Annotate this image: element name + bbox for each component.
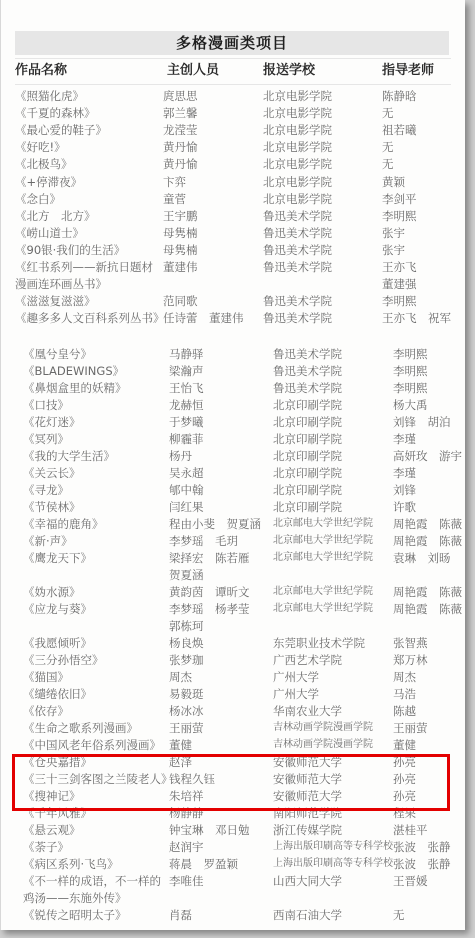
school: 北京邮电大学世纪学院 [273, 601, 373, 617]
table-row: 《鼻烟盒里的妖精》王怡飞鲁迅美术学院李明熙 [1, 380, 465, 396]
advisor: 李明熙 [393, 346, 428, 362]
advisor: 王亦飞 [382, 259, 417, 275]
school: 西南石油大学 [273, 907, 342, 923]
work-title-continued: 漫画连环画丛书》 [15, 276, 107, 292]
school: 北京电影学院 [263, 88, 332, 104]
school: 北京电影学院 [263, 174, 332, 190]
work-title: 《新·声》 [23, 533, 73, 549]
table-row: 《新·声》李梦瑶 毛玥北京邮电大学世纪学院周艳霞 陈薇 [1, 533, 465, 549]
creators: 柳霾菲 [169, 431, 204, 447]
creators: 黄韵茵 谭昕文 [169, 584, 250, 600]
document-page: 多格漫画类项目 作品名称 主创人员 报送学校 指导老师 《照猫化虎》庹思思北京电… [0, 0, 465, 930]
school: 广州大学 [273, 686, 319, 702]
work-title: 《+停滞夜》 [15, 174, 82, 190]
creators: 易毅珽 [169, 686, 204, 702]
work-title: 《缱绻依旧》 [23, 686, 92, 702]
table-row: 《北极鸟》黄丹愉北京电影学院无 [1, 156, 465, 172]
school: 北京电影学院 [263, 191, 332, 207]
school: 山西大同大学 [273, 873, 342, 889]
advisor: 张智燕 [393, 635, 428, 651]
creators: 董建伟 [163, 259, 198, 275]
school: 东莞职业技术学院 [273, 635, 365, 651]
advisor: 王丽萤 [393, 720, 428, 736]
school: 上海出版印刷高等专科学校 [273, 839, 393, 855]
school: 北京邮电大学世纪学院 [273, 584, 373, 600]
creators: 吴永超 [169, 465, 204, 481]
work-title: 《最心爱的鞋子》 [15, 122, 107, 138]
table-row: 《好吃!》黄丹愉北京电影学院无 [1, 139, 465, 155]
creators: 于梦曦 [169, 414, 204, 430]
school: 鲁迅美术学院 [273, 346, 342, 362]
table-row: 《滋滋复滋滋》范同歌鲁迅美术学院李明熙 [1, 293, 465, 309]
advisor: 郑万林 [393, 652, 428, 668]
advisor: 无 [382, 105, 394, 121]
creators: 李梦瑶 毛玥 [169, 533, 238, 549]
school: 南阳师范学院 [273, 805, 342, 821]
creators: 杨良焕 [169, 635, 204, 651]
creators: 王怡飞 [169, 380, 204, 396]
advisor: 李明熙 [382, 293, 417, 309]
advisor: 孙亮 [393, 771, 416, 787]
creators: 程由小斐 贺夏涵 [169, 516, 261, 532]
creators: 黄丹愉 [163, 156, 198, 172]
table-row: 《趣多多人文百科系列丛书》任诗蕾 董建伟鲁迅美术学院王亦飞 祝军 [1, 310, 465, 326]
advisor: 李瑾 [393, 465, 416, 481]
table-row: 《寻龙》郇中翰北京印刷学院刘锋 [1, 482, 465, 498]
table-row-continued: 郭栋珂 [1, 618, 465, 634]
advisor: 刘锋 胡泊 [393, 414, 451, 430]
table-row-continued: 鸡汤——东施外传》 [1, 890, 465, 906]
school: 北京印刷学院 [273, 414, 342, 430]
work-title: 《依存》 [23, 703, 69, 719]
creators: 赵润宇 [169, 839, 204, 855]
work-title: 《中国风老年俗系列漫画》 [23, 737, 161, 753]
creators: 闫红果 [169, 499, 204, 515]
school: 鲁迅美术学院 [263, 225, 332, 241]
table-header: 作品名称 主创人员 报送学校 指导老师 [15, 58, 451, 85]
school: 鲁迅美术学院 [273, 380, 342, 396]
creators: 杨冰冰 [169, 703, 204, 719]
school: 北京邮电大学世纪学院 [273, 550, 373, 566]
work-title: 《不一样的成语，不一样的 [23, 873, 161, 889]
table-row: 《病区系列·飞鸟》蒋晨 罗盈颖上海出版印刷高等专科学校张波 张静 [1, 856, 465, 872]
creators: 赵泽 [169, 754, 192, 770]
creators: 龙滢莹 [163, 122, 198, 138]
table-row: 《猫国》周杰广州大学周杰 [1, 669, 465, 685]
advisor: 刘锋 [393, 482, 416, 498]
advisor: 祖若曦 [382, 122, 417, 138]
creators: 马静驿 [169, 346, 204, 362]
table-row: 《搜神记》朱培祥安徽师范大学孙亮 [1, 788, 465, 804]
table-row: 《应龙与葵》李梦瑶 杨孝莹北京邮电大学世纪学院周艳霞 陈薇 [1, 601, 465, 617]
table-row: 《鹰龙天下》梁择宏 陈若雁北京邮电大学世纪学院袁琳 刘旸 [1, 550, 465, 566]
creators: 董健 [169, 737, 192, 753]
school: 北京印刷学院 [273, 448, 342, 464]
school: 北京电影学院 [263, 105, 332, 121]
work-title: 《冥列》 [23, 431, 69, 447]
table-row: 《幸福的鹿角》程由小斐 贺夏涵北京邮电大学世纪学院周艳霞 陈薇 [1, 516, 465, 532]
table-row: 《生命之歌系列漫画》王丽萤吉林动画学院漫画学院王丽萤 [1, 720, 465, 736]
work-title: 《关云长》 [23, 465, 81, 481]
school: 北京印刷学院 [273, 397, 342, 413]
table-row: 《口技》龙赫恒北京印刷学院杨大禹 [1, 397, 465, 413]
creators: 郇中翰 [169, 482, 204, 498]
advisor: 陈越 [393, 703, 416, 719]
creators: 庹思思 [163, 88, 198, 104]
creators: 童菅 [163, 191, 186, 207]
work-title: 《鹰龙天下》 [23, 550, 92, 566]
creators-continued: 郭栋珂 [169, 618, 204, 634]
table-row: 《依存》杨冰冰华南农业大学陈越 [1, 703, 465, 719]
creators: 周杰 [169, 669, 192, 685]
school: 华南农业大学 [273, 703, 342, 719]
creators: 母隽楠 [163, 242, 198, 258]
advisor: 孙亮 [393, 754, 416, 770]
table-row: 《最心爱的鞋子》龙滢莹北京电影学院祖若曦 [1, 122, 465, 138]
advisor: 杨大禹 [393, 397, 428, 413]
creators: 卞弈 [163, 174, 186, 190]
advisor: 张宇 [382, 242, 405, 258]
advisor: 周艳霞 陈薇 [393, 516, 462, 532]
creators: 郭兰馨 [163, 105, 198, 121]
advisor: 张波 张静 [393, 839, 451, 855]
advisor: 李明熙 [393, 380, 428, 396]
work-title: 《趣多多人文百科系列丛书》 [15, 310, 165, 326]
work-title: 《生命之歌系列漫画》 [23, 720, 138, 736]
table-row: 《花灯迷》于梦曦北京印刷学院刘锋 胡泊 [1, 414, 465, 430]
work-title: 《我的大学生活》 [23, 448, 115, 464]
work-title: 《悬云观》 [23, 822, 81, 838]
advisor: 周杰 [393, 669, 416, 685]
advisor: 马浩 [393, 686, 416, 702]
creators: 范同歌 [163, 293, 198, 309]
work-title: 《BLADEWINGS》 [23, 363, 124, 379]
page-title: 多格漫画类项目 [15, 31, 449, 55]
school: 浙江传媒学院 [273, 822, 342, 838]
work-title: 《花灯迷》 [23, 414, 81, 430]
work-title: 《照猫化虎》 [15, 88, 84, 104]
work-title: 《荼子》 [23, 839, 69, 855]
creators: 蒋晨 罗盈颖 [169, 856, 238, 872]
work-title: 《北方 北方》 [15, 208, 96, 224]
column-header-work: 作品名称 [15, 59, 67, 83]
work-title: 《红书系列——新抗日题材 [15, 259, 153, 275]
creators: 王丽萤 [169, 720, 204, 736]
advisor: 无 [382, 139, 394, 155]
advisor: 张波 张静 [393, 856, 451, 872]
advisor: 周艳霞 陈薇 [393, 584, 462, 600]
school: 安徽师范大学 [273, 771, 342, 787]
table-row: 《缱绻依旧》易毅珽广州大学马浩 [1, 686, 465, 702]
school: 北京邮电大学世纪学院 [273, 533, 373, 549]
advisor: 王晋媛 [393, 873, 428, 889]
advisor: 李瑾 [393, 431, 416, 447]
table-row: 《锐传之昭明太子》肖磊西南石油大学无 [1, 907, 465, 923]
advisor: 程果 [393, 805, 416, 821]
work-title: 《口技》 [23, 397, 69, 413]
advisor-continued: 董建强 [382, 276, 417, 292]
school: 北京印刷学院 [273, 431, 342, 447]
work-title: 《千年风雅》 [23, 805, 92, 821]
table-row: 《关云长》吴永超北京印刷学院李瑾 [1, 465, 465, 481]
creators: 钟宝琳 邓日勉 [169, 822, 250, 838]
advisor: 周艳霞 陈薇 [393, 601, 462, 617]
school: 北京电影学院 [263, 156, 332, 172]
column-header-school: 报送学校 [263, 59, 315, 83]
school: 北京印刷学院 [273, 482, 342, 498]
advisor: 张宇 [382, 225, 405, 241]
school: 北京邮电大学世纪学院 [273, 516, 373, 532]
work-title: 《幸福的鹿角》 [23, 516, 104, 532]
school: 鲁迅美术学院 [263, 293, 332, 309]
table-row: 《仓央嘉措》赵泽安徽师范大学孙亮 [1, 754, 465, 770]
school: 鲁迅美术学院 [263, 259, 332, 275]
work-title: 《锐传之昭明太子》 [23, 907, 127, 923]
work-title: 《寻龙》 [23, 482, 69, 498]
advisor: 李明熙 [393, 363, 428, 379]
advisor: 黄颖 [382, 174, 405, 190]
creators: 李梦瑶 杨孝莹 [169, 601, 250, 617]
school: 北京印刷学院 [273, 465, 342, 481]
creators: 黄丹愉 [163, 139, 198, 155]
advisor: 周艳霞 陈薇 [393, 533, 462, 549]
advisor: 王亦飞 祝军 [382, 310, 451, 326]
school: 鲁迅美术学院 [263, 310, 332, 326]
advisor: 无 [393, 907, 405, 923]
work-title: 《好吃!》 [15, 139, 66, 155]
creators: 张梦珈 [169, 652, 204, 668]
column-header-advisor: 指导老师 [382, 59, 434, 83]
advisor: 李明熙 [382, 208, 417, 224]
advisor: 湛桂平 [393, 822, 428, 838]
table-row: 《BLADEWINGS》梁瀚声鲁迅美术学院李明熙 [1, 363, 465, 379]
work-title: 《应龙与葵》 [23, 601, 92, 617]
work-title: 《滋滋复滋滋》 [15, 293, 96, 309]
work-title: 《三分孙悟空》 [23, 652, 104, 668]
work-title: 《我愿倾听》 [23, 635, 92, 651]
table-row: 《照猫化虎》庹思思北京电影学院陈静晗 [1, 88, 465, 104]
creators: 任诗蕾 董建伟 [163, 310, 244, 326]
creators: 李唯佳 [169, 873, 204, 889]
creators: 母隽楠 [163, 225, 198, 241]
table-row: 《红书系列——新抗日题材董建伟鲁迅美术学院王亦飞 [1, 259, 465, 275]
school: 广西艺术学院 [273, 652, 342, 668]
table-row: 《妫水源》黄韵茵 谭昕文北京邮电大学世纪学院周艳霞 陈薇 [1, 584, 465, 600]
creators-continued: 贺夏涵 [169, 567, 204, 583]
advisor: 陈静晗 [382, 88, 417, 104]
work-title: 《千夏的森林》 [15, 105, 96, 121]
table-row-continued: 贺夏涵 [1, 567, 465, 583]
school: 吉林动画学院漫画学院 [273, 737, 373, 753]
work-title: 《仓央嘉措》 [23, 754, 92, 770]
creators: 钱程久钰 [169, 771, 215, 787]
creators: 梁瀚声 [169, 363, 204, 379]
creators: 王宇鹏 [163, 208, 198, 224]
school: 鲁迅美术学院 [273, 363, 342, 379]
work-title: 《节侯林》 [23, 499, 81, 515]
work-title: 《凰兮皇兮》 [23, 346, 92, 362]
work-title: 《崂山道士》 [15, 225, 84, 241]
table-row: 《悬云观》钟宝琳 邓日勉浙江传媒学院湛桂平 [1, 822, 465, 838]
work-title: 《猫国》 [23, 669, 69, 685]
advisor: 无 [382, 156, 394, 172]
advisor: 袁琳 刘旸 [393, 550, 451, 566]
school: 鲁迅美术学院 [263, 208, 332, 224]
school: 吉林动画学院漫画学院 [273, 720, 373, 736]
table-row: 《千年风雅》杨静静南阳师范学院程果 [1, 805, 465, 821]
creators: 龙赫恒 [169, 397, 204, 413]
school: 北京电影学院 [263, 122, 332, 138]
table-row: 《念白》童菅北京电影学院李剑平 [1, 191, 465, 207]
school: 安徽师范大学 [273, 754, 342, 770]
school: 鲁迅美术学院 [263, 242, 332, 258]
advisor: 孙亮 [393, 788, 416, 804]
school: 北京电影学院 [263, 139, 332, 155]
school: 广州大学 [273, 669, 319, 685]
table-row: 《我愿倾听》杨良焕东莞职业技术学院张智燕 [1, 635, 465, 651]
table-row: 《凰兮皇兮》马静驿鲁迅美术学院李明熙 [1, 346, 465, 362]
creators: 杨静静 [169, 805, 204, 821]
advisor: 李剑平 [382, 191, 417, 207]
table-row-continued: 漫画连环画丛书》董建强 [1, 276, 465, 292]
table-row: 《我的大学生活》杨丹北京印刷学院高妍玫 游宇 [1, 448, 465, 464]
table-row: 《三分孙悟空》张梦珈广西艺术学院郑万林 [1, 652, 465, 668]
creators: 朱培祥 [169, 788, 204, 804]
table-row: 《崂山道士》母隽楠鲁迅美术学院张宇 [1, 225, 465, 241]
table-row: 《90银·我们的生活》母隽楠鲁迅美术学院张宇 [1, 242, 465, 258]
table-row: 《中国风老年俗系列漫画》董健吉林动画学院漫画学院董健 [1, 737, 465, 753]
school: 安徽师范大学 [273, 788, 342, 804]
school: 北京印刷学院 [273, 499, 342, 515]
advisor: 高妍玫 游宇 [393, 448, 462, 464]
work-title: 《妫水源》 [23, 584, 81, 600]
work-title: 《90银·我们的生活》 [15, 242, 125, 258]
table-row: 《三十三剑客图之兰陵老人》钱程久钰安徽师范大学孙亮 [1, 771, 465, 787]
work-title: 《鼻烟盒里的妖精》 [23, 380, 127, 396]
creators: 杨丹 [169, 448, 192, 464]
column-header-creators: 主创人员 [167, 59, 219, 83]
table-row: 《节侯林》闫红果北京印刷学院许歌 [1, 499, 465, 515]
work-title-continued: 鸡汤——东施外传》 [23, 890, 127, 906]
table-row: 《不一样的成语，不一样的李唯佳山西大同大学王晋媛 [1, 873, 465, 889]
advisor: 许歌 [393, 499, 416, 515]
work-title: 《念白》 [15, 191, 61, 207]
table-row: 《千夏的森林》郭兰馨北京电影学院无 [1, 105, 465, 121]
table-row: 《+停滞夜》卞弈北京电影学院黄颖 [1, 174, 465, 190]
work-title: 《病区系列·飞鸟》 [23, 856, 119, 872]
school: 上海出版印刷高等专科学校 [273, 856, 393, 872]
table-row: 《北方 北方》王宇鹏鲁迅美术学院李明熙 [1, 208, 465, 224]
work-title: 《搜神记》 [23, 788, 81, 804]
table-row: 《冥列》柳霾菲北京印刷学院李瑾 [1, 431, 465, 447]
advisor: 董健 [393, 737, 416, 753]
work-title: 《三十三剑客图之兰陵老人》 [23, 771, 173, 787]
table-row: 《荼子》赵润宇上海出版印刷高等专科学校张波 张静 [1, 839, 465, 855]
creators: 梁择宏 陈若雁 [169, 550, 250, 566]
work-title: 《北极鸟》 [15, 156, 73, 172]
creators: 肖磊 [169, 907, 192, 923]
